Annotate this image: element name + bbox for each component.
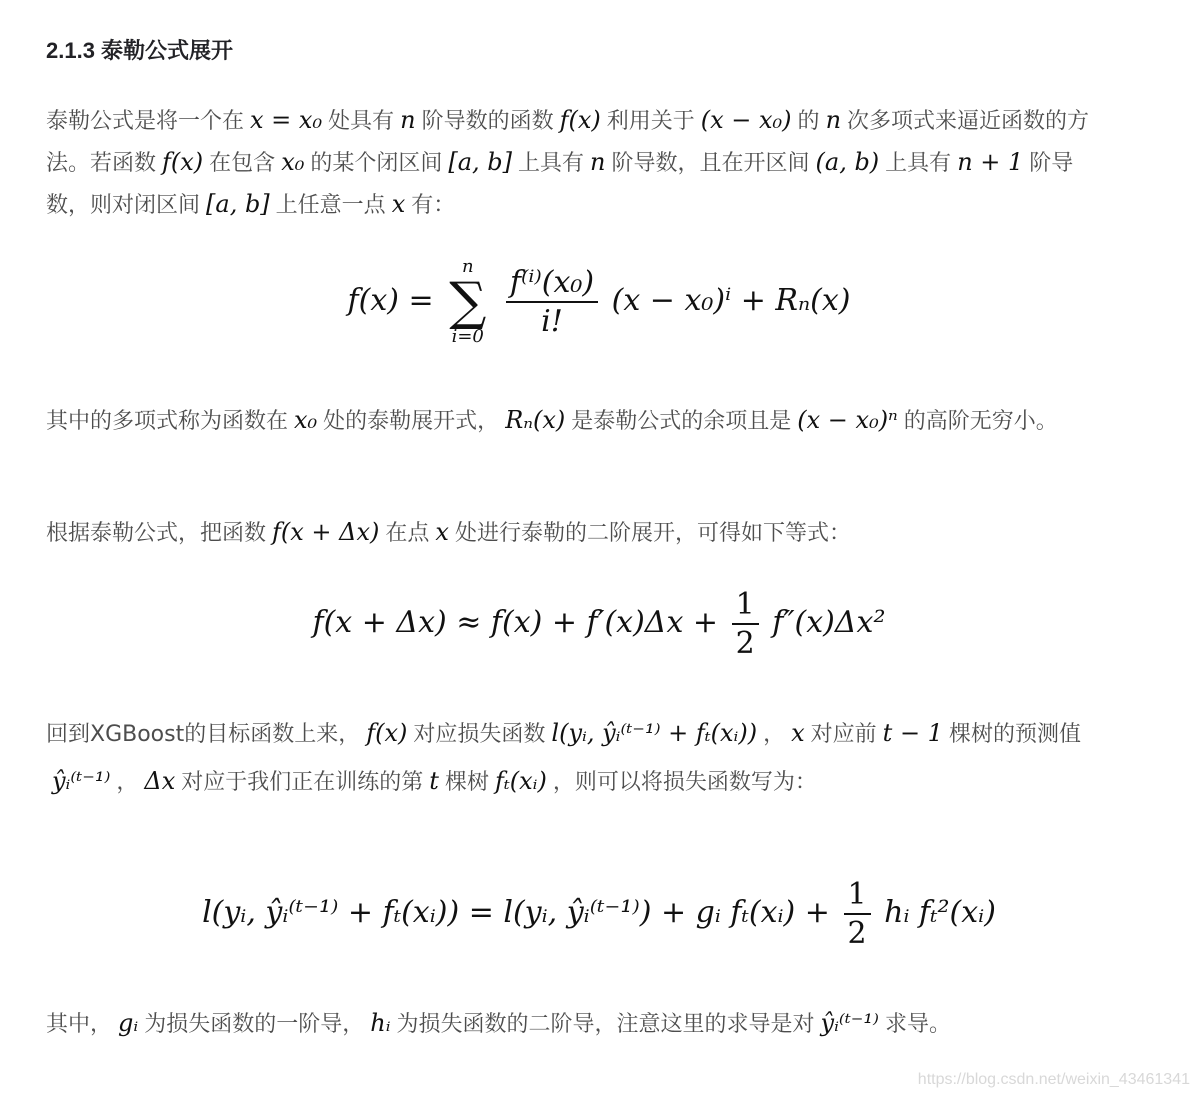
text: 对应损失函数 (413, 722, 545, 747)
text: 对应于我们正在训练的第 (181, 770, 423, 795)
math-inline: f(x) (360, 719, 413, 747)
text: 上具有 (885, 151, 951, 176)
math-inline: [a, b] (442, 148, 518, 176)
summation: n ∑ i=0 (449, 258, 486, 346)
math-inline: x (429, 518, 455, 546)
text: ， (763, 722, 785, 747)
paragraph-second-order: 根据泰勒公式，把函数f(x + Δx)在点x处进行泰勒的二阶展开，可得如下等式： (46, 512, 1106, 554)
math-inline: f(x) (554, 106, 607, 134)
equation-lhs: l(yᵢ, ŷᵢ⁽ᵗ⁻¹⁾ + fₜ(xᵢ)) = l(yᵢ, ŷᵢ⁽ᵗ⁻¹⁾)… (202, 895, 830, 930)
math-inline: [a, b] (200, 190, 276, 218)
math-inline: Rₙ(x) (499, 406, 571, 434)
fraction: 1 2 (732, 588, 759, 660)
text: 其中， (46, 1012, 112, 1037)
text: 的高阶无穷小。 (904, 409, 1058, 434)
math-inline: f(x) (156, 148, 209, 176)
text: 回到XGBoost的目标函数上来， (46, 722, 360, 747)
text: 在点 (385, 521, 429, 546)
math-inline: x₀ (288, 406, 323, 434)
equation-rest: f″(x)Δx² (772, 605, 885, 640)
text: 上具有 (518, 151, 584, 176)
fraction-numerator: f⁽ⁱ⁾(x₀) (506, 266, 598, 303)
math-inline: gᵢ (112, 1009, 144, 1037)
math-inline: f(x + Δx) (266, 518, 385, 546)
math-inline: n (584, 148, 611, 176)
math-inline: (a, b) (810, 148, 886, 176)
text: 阶导数的函数 (422, 109, 554, 134)
text: 棵树 (445, 770, 489, 795)
paragraph-gradient-hessian: 其中，gᵢ为损失函数的一阶导，hᵢ为损失函数的二阶导，注意这里的求导是对ŷᵢ⁽ᵗ… (46, 1000, 1106, 1048)
fraction: 1 2 (844, 878, 871, 950)
text: 有： (411, 193, 455, 218)
paragraph-taylor-remainder: 其中的多项式称为函数在x₀处的泰勒展开式，Rₙ(x)是泰勒公式的余项且是(x −… (46, 400, 1106, 442)
math-inline: fₜ(xᵢ) (489, 767, 553, 795)
equation-rest: hᵢ fₜ²(xᵢ) (884, 895, 996, 930)
text: 的 (798, 109, 820, 134)
text: 是泰勒公式的余项且是 (571, 409, 791, 434)
math-inline: x (386, 190, 412, 218)
article-section: 2.1.3 泰勒公式展开 泰勒公式是将一个在x = x₀处具有n阶导数的函数f(… (0, 0, 1198, 1097)
math-inline: x (785, 719, 811, 747)
math-inline: n + 1 (951, 148, 1029, 176)
sigma-icon: ∑ (449, 276, 486, 328)
text: 处的泰勒展开式， (323, 409, 499, 434)
text: ， (116, 770, 138, 795)
math-inline: (x − x₀) (695, 106, 798, 134)
math-inline: t − 1 (877, 719, 949, 747)
text: 棵树的预测值 (949, 722, 1081, 747)
section-heading: 2.1.3 泰勒公式展开 (46, 34, 233, 65)
text: 的某个闭区间 (310, 151, 442, 176)
paragraph-taylor-intro: 泰勒公式是将一个在x = x₀处具有n阶导数的函数f(x)利用关于(x − x₀… (46, 100, 1106, 226)
fraction-denominator: 2 (848, 915, 867, 950)
fraction-numerator: 1 (732, 588, 759, 625)
text: 处具有 (328, 109, 394, 134)
text: 利用关于 (607, 109, 695, 134)
equation-rest: (x − x₀)ⁱ + Rₙ(x) (612, 283, 851, 318)
text: ，则可以将损失函数写为： (553, 770, 817, 795)
math-inline: n (394, 106, 421, 134)
text: 其中的多项式称为函数在 (46, 409, 288, 434)
fraction: f⁽ⁱ⁾(x₀) i! (506, 266, 598, 338)
text: 对应前 (811, 722, 877, 747)
text: 为损失函数的一阶导， (144, 1012, 364, 1037)
math-inline: ŷᵢ⁽ᵗ⁻¹⁾ (815, 1009, 885, 1037)
equation-second-order-expansion: f(x + Δx) ≈ f(x) + f′(x)Δx + 1 2 f″(x)Δx… (0, 588, 1198, 660)
equation-taylor-series: f(x) = n ∑ i=0 f⁽ⁱ⁾(x₀) i! (x − x₀)ⁱ + R… (0, 258, 1198, 346)
fraction-numerator: 1 (844, 878, 871, 915)
text: 在包含 (209, 151, 275, 176)
text: 根据泰勒公式，把函数 (46, 521, 266, 546)
fraction-denominator: i! (541, 303, 563, 338)
math-inline: n (820, 106, 847, 134)
sum-lower-limit: i=0 (452, 328, 484, 346)
math-inline: hᵢ (364, 1009, 396, 1037)
paragraph-xgboost-mapping: 回到XGBoost的目标函数上来，f(x)对应损失函数l(yᵢ, ŷᵢ⁽ᵗ⁻¹⁾… (46, 710, 1106, 806)
math-inline: x = x₀ (244, 106, 328, 134)
math-inline: t (423, 767, 445, 795)
math-inline: Δx (138, 767, 181, 795)
math-inline: l(yᵢ, ŷᵢ⁽ᵗ⁻¹⁾ + fₜ(xᵢ)) (545, 719, 763, 747)
math-inline: ŷᵢ⁽ᵗ⁻¹⁾ (46, 767, 116, 795)
text: 上任意一点 (276, 193, 386, 218)
watermark: https://blog.csdn.net/weixin_43461341 (918, 1071, 1190, 1089)
text: 求导。 (885, 1012, 951, 1037)
text: 泰勒公式是将一个在 (46, 109, 244, 134)
equation-lhs: f(x + Δx) ≈ f(x) + f′(x)Δx + (312, 605, 718, 640)
equation-loss-expansion: l(yᵢ, ŷᵢ⁽ᵗ⁻¹⁾ + fₜ(xᵢ)) = l(yᵢ, ŷᵢ⁽ᵗ⁻¹⁾)… (0, 878, 1198, 950)
math-inline: x₀ (275, 148, 310, 176)
text: 阶导数，且在开区间 (612, 151, 810, 176)
fraction-denominator: 2 (736, 625, 755, 660)
text: 处进行泰勒的二阶展开，可得如下等式： (455, 521, 851, 546)
text: 为损失函数的二阶导，注意这里的求导是对 (397, 1012, 815, 1037)
math-inline: (x − x₀)ⁿ (791, 406, 904, 434)
equation-lhs: f(x) = (348, 283, 434, 318)
